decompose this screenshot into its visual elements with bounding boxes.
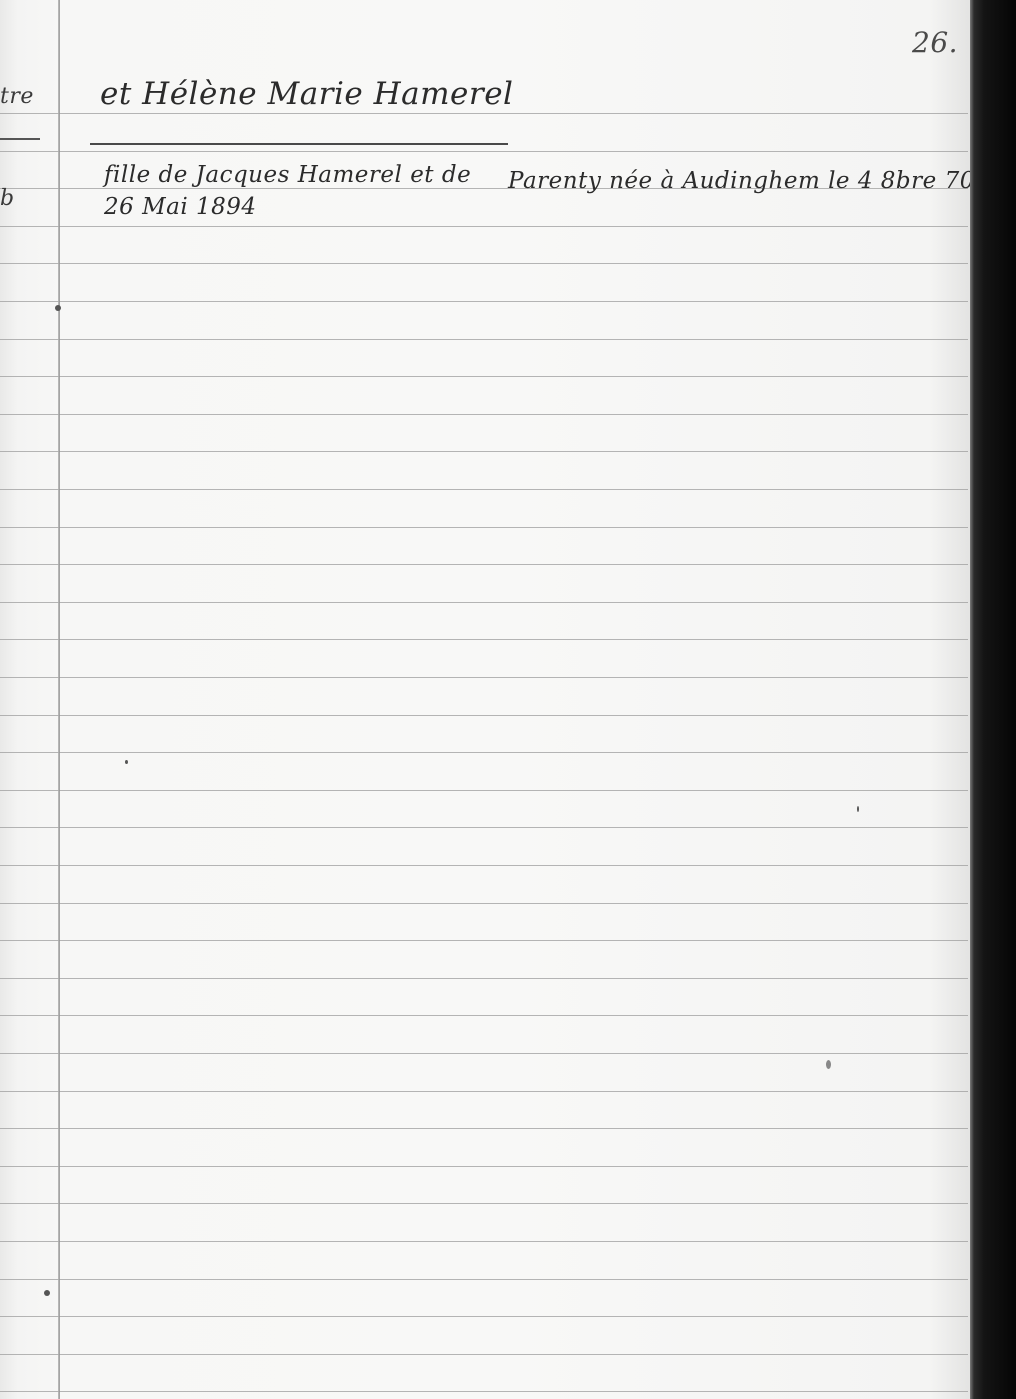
ruled-line [0, 677, 968, 678]
ruled-line [0, 151, 968, 152]
previous-page-underline [0, 138, 40, 140]
ruled-line [0, 339, 968, 340]
ruled-line [0, 451, 968, 452]
ruled-line [0, 489, 968, 490]
margin-fragment-bottom: b [0, 186, 15, 211]
margin-line [58, 0, 60, 1399]
book-binding [970, 0, 1016, 1399]
ruled-line [0, 1203, 968, 1204]
ruled-line [0, 564, 968, 565]
ruled-line [0, 376, 968, 377]
ink-speck [125, 760, 128, 764]
binding-hole [55, 305, 61, 311]
ruled-line [0, 527, 968, 528]
ruled-line [0, 1279, 968, 1280]
entry-line-date: 26 Mai 1894 [104, 194, 257, 220]
ruled-line [0, 263, 968, 264]
ruled-line [0, 1354, 968, 1355]
heading-underline [90, 143, 508, 145]
ruled-line [0, 1241, 968, 1242]
ruled-line [0, 752, 968, 753]
ruled-line [0, 940, 968, 941]
entry-title: et Hélène Marie Hamerel [100, 76, 513, 112]
entry-line-birthplace: Parenty née à Audinghem le 4 8bre 70 [508, 168, 975, 194]
entry-line-parent: fille de Jacques Hamerel et de [104, 162, 471, 188]
ruled-line [0, 1128, 968, 1129]
ruled-line [0, 903, 968, 904]
ruled-line [0, 865, 968, 866]
ruled-line [0, 301, 968, 302]
ruled-line [0, 1091, 968, 1092]
margin-fragment-top: tre [0, 84, 34, 109]
ruled-line [0, 1166, 968, 1167]
ruled-line [0, 113, 968, 114]
page-number: 26. [912, 26, 958, 59]
ruled-line [0, 1053, 968, 1054]
ink-speck [857, 806, 859, 812]
ruled-line [0, 827, 968, 828]
ruled-line [0, 978, 968, 979]
ruled-line [0, 639, 968, 640]
binding-hole [44, 1290, 50, 1296]
ruled-line [0, 226, 968, 227]
ruled-line [0, 602, 968, 603]
ruled-line [0, 414, 968, 415]
ruled-line [0, 1391, 968, 1392]
ruled-line [0, 1316, 968, 1317]
ruled-line [0, 1015, 968, 1016]
register-page: 26. tre b et Hélène Marie Hamerel fille … [0, 0, 970, 1399]
ruled-line [0, 715, 968, 716]
ruled-line [0, 790, 968, 791]
ink-speck [826, 1060, 831, 1069]
